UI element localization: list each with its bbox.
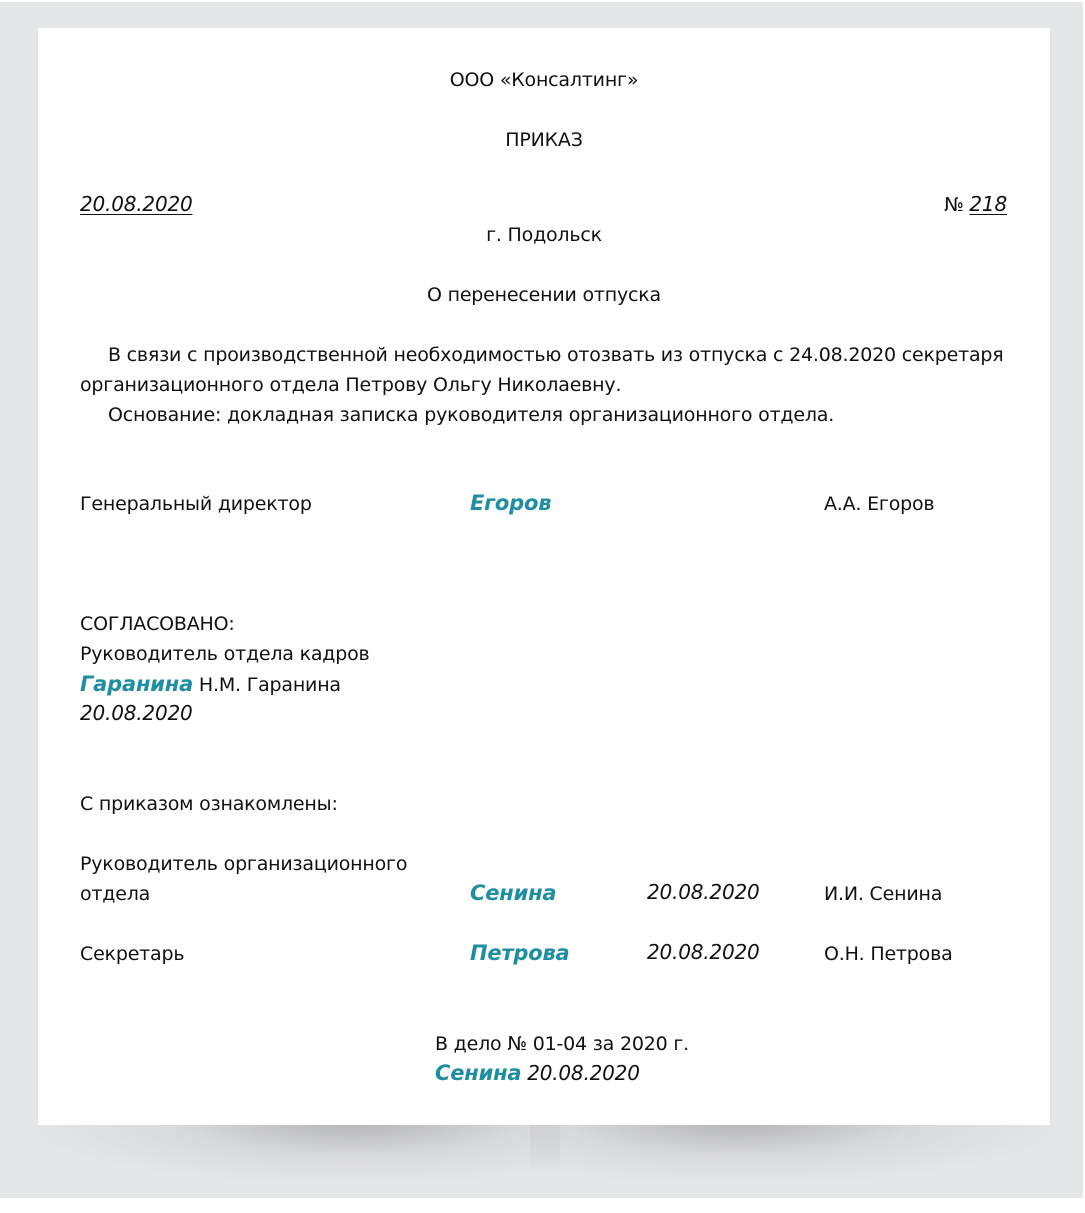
document-page: ООО «Консалтинг» ПРИКАЗ 20.08.2020 № 218…: [38, 28, 1050, 1125]
approval-heading: СОГЛАСОВАНО:: [80, 609, 235, 639]
director-name: А.А. Егоров: [824, 489, 934, 519]
filing-signature: Сенина: [435, 1061, 521, 1085]
approval-name: Н.М. Гаранина: [199, 674, 341, 696]
approval-signature: Гаранина: [80, 672, 193, 696]
page-shadow: [530, 1122, 1050, 1182]
organization-name: ООО «Консалтинг»: [38, 65, 1050, 95]
ack-date: 20.08.2020: [647, 877, 760, 907]
order-date: 20.08.2020: [80, 189, 193, 219]
order-number: 218: [969, 192, 1007, 216]
director-position: Генеральный директор: [80, 489, 312, 519]
filing-note: В дело № 01-04 за 2020 г.: [435, 1029, 689, 1059]
ack-name: О.Н. Петрова: [824, 939, 953, 969]
city: г. Подольск: [38, 220, 1050, 250]
ack-name: И.И. Сенина: [824, 879, 942, 909]
body-line-1: В связи с производственной необходимость…: [108, 340, 1004, 370]
director-signature: Егоров: [470, 488, 551, 518]
order-number-block: № 218: [944, 189, 1007, 220]
ack-signature: Сенина: [470, 878, 556, 908]
ack-position-line-2: отдела: [80, 879, 150, 909]
ack-date: 20.08.2020: [647, 937, 760, 967]
number-sign: №: [944, 194, 964, 216]
ack-position-line-1: Секретарь: [80, 939, 184, 969]
body-line-2: организационного отдела Петрову Ольгу Ни…: [80, 370, 621, 400]
order-subject: О перенесении отпуска: [38, 280, 1050, 310]
page-shadow: [40, 1122, 560, 1182]
filing-date: 20.08.2020: [527, 1061, 640, 1085]
ack-position-line-1: Руководитель организационного: [80, 849, 407, 879]
body-basis: Основание: докладная записка руководител…: [108, 400, 834, 430]
approval-date: 20.08.2020: [80, 698, 193, 728]
ack-signature: Петрова: [470, 938, 570, 968]
acknowledged-heading: С приказом ознакомлены:: [80, 789, 338, 819]
document-type-title: ПРИКАЗ: [38, 125, 1050, 155]
approval-position: Руководитель отдела кадров: [80, 639, 370, 669]
filing-signature-line: Сенина 20.08.2020: [435, 1058, 640, 1089]
approval-signature-line: Гаранина Н.М. Гаранина: [80, 669, 341, 700]
